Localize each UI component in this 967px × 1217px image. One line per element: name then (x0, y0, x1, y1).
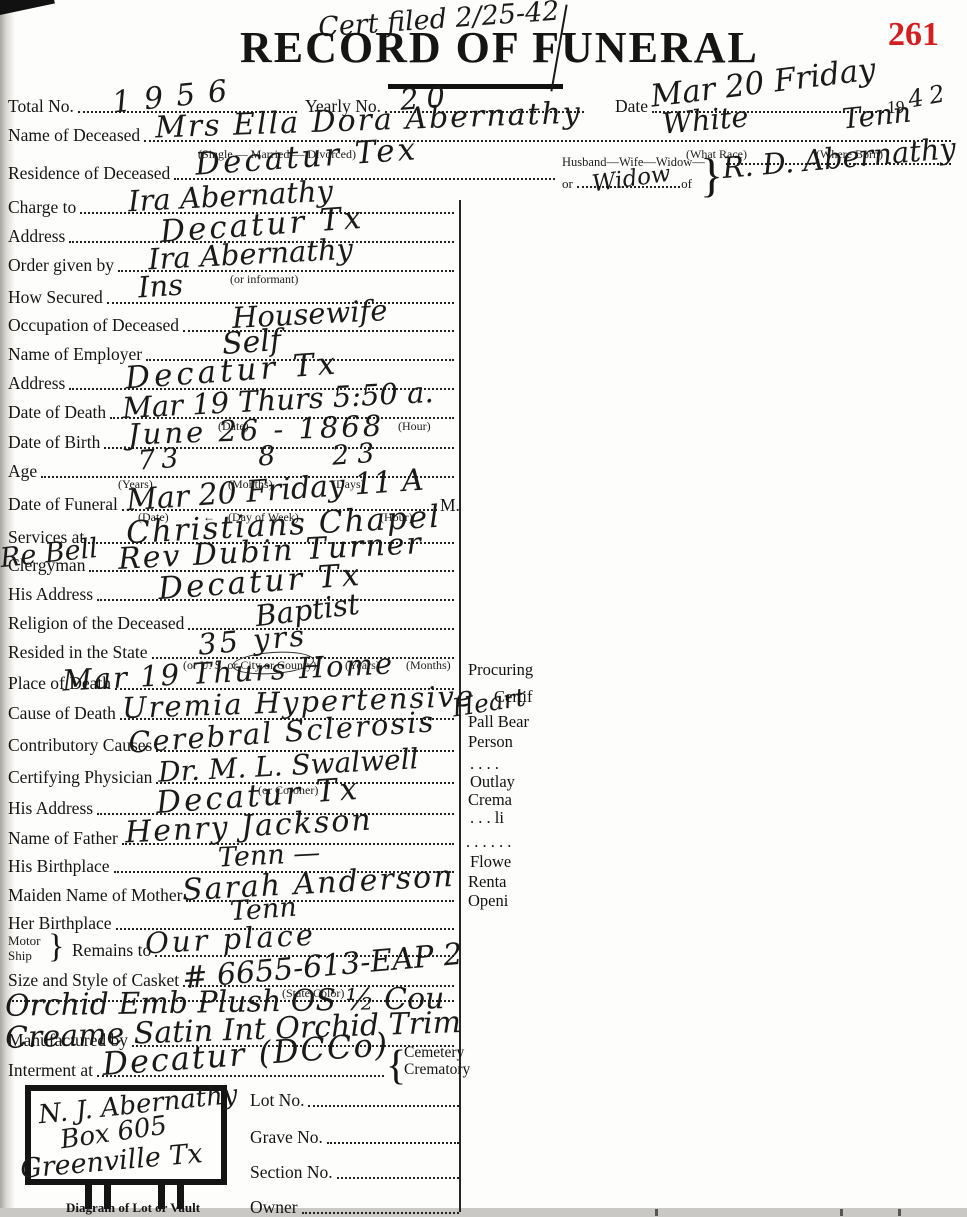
mother-label: Maiden Name of Mother (8, 885, 182, 906)
relation-of: of (681, 176, 692, 192)
lot-no-label: Lot No. (250, 1090, 304, 1111)
relation-or: or (562, 176, 573, 192)
sub-or-informant: (or informant) (230, 272, 298, 287)
right-col-person: Person (468, 732, 513, 752)
age-years-value: 73 (137, 444, 185, 474)
year-value: 42 (906, 80, 952, 111)
charge-to-label: Charge to (8, 197, 76, 218)
employer-label: Name of Employer (8, 344, 142, 365)
funeral-record-page: Cert filed 2/25-42 RECORD OF FUNERAL 261… (0, 0, 967, 1217)
right-col-crematory: Crema (468, 790, 512, 810)
cause-of-death-label: Cause of Death (8, 703, 116, 724)
field-owner: Owner (250, 1197, 460, 1217)
interment-label: Interment at (8, 1060, 93, 1081)
occupation-label: Occupation of Deceased (8, 315, 179, 336)
section-no-label: Section No. (250, 1162, 333, 1183)
ship-label: Ship (8, 948, 32, 964)
right-col-li: . . . li (470, 808, 504, 828)
right-col-procuring: Procuring (468, 660, 533, 680)
field-grave-no: Grave No. (250, 1127, 460, 1148)
father-label: Name of Father (8, 828, 118, 849)
right-col-pall-bearers: Pall Bear (468, 712, 529, 732)
page-number: 261 (888, 16, 939, 54)
funeral-m-label: M. (440, 495, 460, 516)
crematory-label: Crematory (404, 1061, 470, 1079)
his-birthplace-label: His Birthplace (8, 856, 110, 877)
how-secured-value: Ins (137, 270, 184, 302)
right-col-outlay: Outlay (470, 772, 515, 792)
date-of-funeral-label: Date of Funeral (8, 494, 118, 515)
born-value: Tenn (841, 98, 913, 133)
dotted-line (327, 1142, 459, 1144)
sub-resided-months: (Months) (406, 658, 451, 673)
cemetery-label: Cemetery (404, 1044, 464, 1062)
dotted-line (308, 1105, 459, 1107)
right-col-opening: Openi (468, 891, 508, 911)
remains-brace: } (48, 928, 64, 966)
date-of-birth-label: Date of Birth (8, 432, 100, 453)
race-value: White (661, 102, 750, 138)
address-2-label: Address (8, 373, 65, 394)
date-label: Date (615, 96, 648, 117)
how-secured-label: How Secured (8, 287, 103, 308)
right-col-certif: Certif (494, 687, 533, 707)
date-of-death-label: Date of Death (8, 402, 106, 423)
religion-label: Religion of the Deceased (8, 613, 184, 634)
right-col-dots: . . . . (470, 754, 499, 774)
right-col-flowers: Flowe (470, 852, 511, 872)
relation-brace: } (700, 148, 723, 203)
remains-to-label: Remains to (72, 940, 151, 961)
residence-label: Residence of Deceased (8, 163, 170, 184)
grave-no-label: Grave No. (250, 1127, 323, 1148)
name-label: Name of Deceased (8, 125, 140, 146)
dotted-line (337, 1177, 459, 1179)
right-col-rental: Renta (468, 872, 507, 892)
diagram-caption: Diagram of Lot or Vault (66, 1200, 200, 1216)
page-title: RECORD OF FUNERAL (240, 22, 759, 73)
owner-label: Owner (250, 1197, 298, 1217)
field-section-no: Section No. (250, 1162, 460, 1183)
age-months-value: 8 (257, 442, 276, 470)
dotted-line (302, 1212, 459, 1214)
scan-tick (840, 1209, 843, 1216)
total-no-label: Total No. (8, 96, 74, 117)
field-lot-no: Lot No. (250, 1090, 460, 1111)
address-1-label: Address (8, 226, 65, 247)
his-address-2-label: His Address (8, 798, 93, 819)
motor-label: Motor (8, 933, 41, 949)
scan-tick (898, 1209, 901, 1216)
physician-label: Certifying Physician (8, 767, 152, 788)
right-col-dots-2: . . . . . . (466, 832, 511, 852)
age-label: Age (8, 461, 37, 482)
his-address-1-label: His Address (8, 584, 93, 605)
order-given-by-label: Order given by (8, 255, 114, 276)
scan-tick (655, 1209, 658, 1216)
